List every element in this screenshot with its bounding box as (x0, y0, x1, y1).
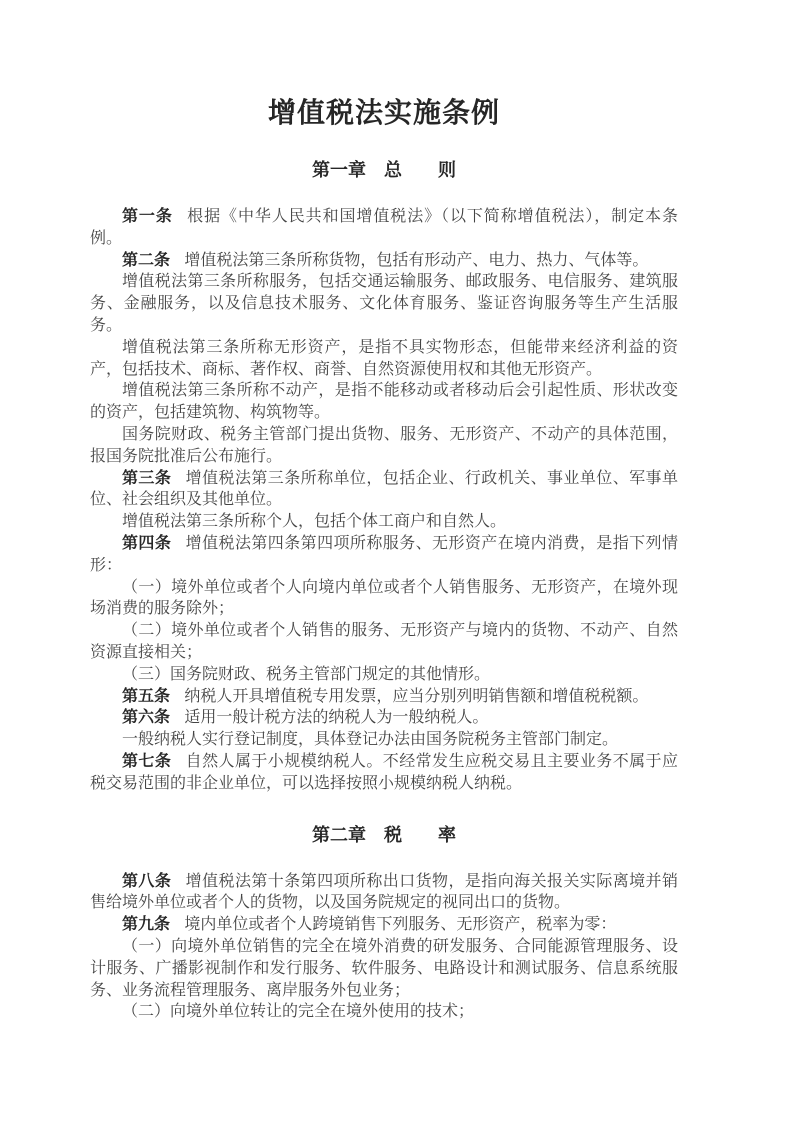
paragraph-text: （三）国务院财政、税务主管部门规定的其他情形。 (122, 666, 490, 683)
article-number: 第九条 (122, 916, 170, 933)
article-number: 第三条 (122, 470, 171, 487)
paragraph: 第二条增值税法第三条所称货物，包括有形动产、电力、热力、气体等。 (90, 250, 678, 272)
paragraph-text: 增值税法第三条所称服务，包括交通运输服务、邮政服务、电信服务、建筑服务、金融服务… (90, 273, 678, 334)
paragraph-text: 根据《中华人民共和国增值税法》（以下简称增值税法），制定本条例。 (90, 208, 678, 247)
paragraph: 增值税法第三条所称个人，包括个体工商户和自然人。 (90, 511, 678, 533)
paragraph: 第九条境内单位或者个人跨境销售下列服务、无形资产，税率为零： (90, 914, 678, 936)
paragraph-text: 自然人属于小规模纳税人。不经常发生应税交易且主要业务不属于应税交易范围的非企业单… (90, 753, 678, 792)
paragraph-text: 适用一般计税方法的纳税人为一般纳税人。 (184, 709, 488, 726)
document-title: 增值税法实施条例 (90, 97, 678, 130)
paragraph: 第六条适用一般计税方法的纳税人为一般纳税人。 (90, 707, 678, 729)
paragraph: （二）境外单位或者个人销售的服务、无形资产与境内的货物、不动产、自然资源直接相关… (90, 620, 678, 664)
paragraph-text: 增值税法第三条所称无形资产，是指不具实物形态，但能带来经济利益的资产，包括技术、… (90, 339, 678, 378)
article-number: 第七条 (122, 753, 171, 770)
paragraph: 一般纳税人实行登记制度，具体登记办法由国务院税务主管部门制定。 (90, 729, 678, 751)
paragraph: （一）境外单位或者个人向境内单位或者个人销售服务、无形资产，在境外现场消费的服务… (90, 577, 678, 621)
article-number: 第五条 (122, 688, 170, 705)
paragraph-text: 增值税法第三条所称不动产，是指不能移动或者移动后会引起性质、形状改变的资产，包括… (90, 382, 678, 421)
article-number: 第二条 (122, 252, 170, 269)
paragraph: 第四条增值税法第四条第四项所称服务、无形资产在境内消费，是指下列情形： (90, 533, 678, 577)
chapter-1-heading: 第一章 总 则 (90, 161, 678, 179)
paragraph-text: （一）向境外单位销售的完全在境外消费的研发服务、合同能源管理服务、设计服务、广播… (90, 938, 678, 999)
document-page: 增值税法实施条例 第一章 总 则 第一条根据《中华人民共和国增值税法》（以下简称… (0, 0, 793, 1122)
paragraph-text: 纳税人开具增值税专用发票，应当分别列明销售额和增值税税额。 (184, 688, 648, 705)
paragraph: （一）向境外单位销售的完全在境外消费的研发服务、合同能源管理服务、设计服务、广播… (90, 936, 678, 1001)
paragraph: 第八条增值税法第十条第四项所称出口货物，是指向海关报关实际离境并销售给境外单位或… (90, 871, 678, 915)
paragraph: （二）向境外单位转让的完全在境外使用的技术； (90, 1001, 678, 1023)
paragraph-text: 一般纳税人实行登记制度，具体登记办法由国务院税务主管部门制定。 (122, 731, 618, 748)
paragraph: 第一条根据《中华人民共和国增值税法》（以下简称增值税法），制定本条例。 (90, 206, 678, 250)
paragraph-text: 增值税法第十条第四项所称出口货物，是指向海关报关实际离境并销售给境外单位或者个人… (90, 873, 678, 912)
paragraph-text: 增值税法第四条第四项所称服务、无形资产在境内消费，是指下列情形： (90, 535, 678, 574)
paragraph: 增值税法第三条所称不动产，是指不能移动或者移动后会引起性质、形状改变的资产，包括… (90, 380, 678, 424)
paragraph: 国务院财政、税务主管部门提出货物、服务、无形资产、不动产的具体范围，报国务院批准… (90, 424, 678, 468)
paragraph: 第七条自然人属于小规模纳税人。不经常发生应税交易且主要业务不属于应税交易范围的非… (90, 751, 678, 795)
paragraph-text: （二）境外单位或者个人销售的服务、无形资产与境内的货物、不动产、自然资源直接相关… (90, 622, 678, 661)
chapter-2-heading: 第二章 税 率 (90, 826, 678, 844)
paragraph-text: 增值税法第三条所称个人，包括个体工商户和自然人。 (122, 513, 506, 530)
article-number: 第八条 (122, 873, 171, 890)
paragraph-text: （二）向境外单位转让的完全在境外使用的技术； (122, 1003, 474, 1020)
paragraph-text: （一）境外单位或者个人向境内单位或者个人销售服务、无形资产，在境外现场消费的服务… (90, 579, 678, 618)
paragraph-text: 增值税法第三条所称单位，包括企业、行政机关、事业单位、军事单位、社会组织及其他单… (90, 470, 678, 509)
paragraph: 增值税法第三条所称服务，包括交通运输服务、邮政服务、电信服务、建筑服务、金融服务… (90, 271, 678, 336)
paragraph: 第三条增值税法第三条所称单位，包括企业、行政机关、事业单位、军事单位、社会组织及… (90, 468, 678, 512)
article-number: 第一条 (122, 208, 173, 225)
article-number: 第六条 (122, 709, 170, 726)
article-number: 第四条 (122, 535, 171, 552)
paragraph: （三）国务院财政、税务主管部门规定的其他情形。 (90, 664, 678, 686)
paragraph-text: 增值税法第三条所称货物，包括有形动产、电力、热力、气体等。 (184, 252, 648, 269)
paragraph: 增值税法第三条所称无形资产，是指不具实物形态，但能带来经济利益的资产，包括技术、… (90, 337, 678, 381)
paragraph: 第五条纳税人开具增值税专用发票，应当分别列明销售额和增值税税额。 (90, 686, 678, 708)
paragraph-text: 国务院财政、税务主管部门提出货物、服务、无形资产、不动产的具体范围，报国务院批准… (90, 426, 678, 465)
paragraph-text: 境内单位或者个人跨境销售下列服务、无形资产，税率为零： (184, 916, 616, 933)
